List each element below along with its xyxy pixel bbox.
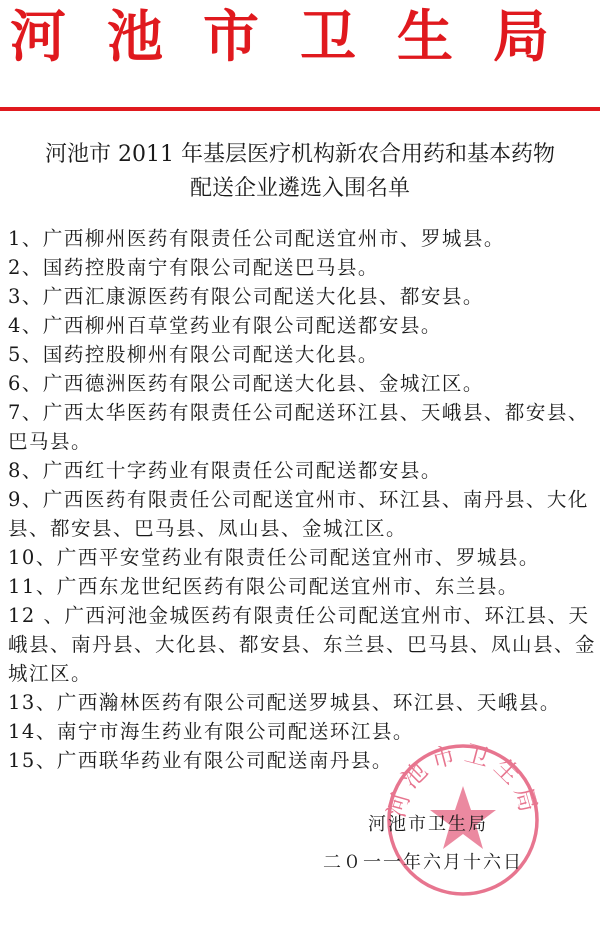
- list-item: 10、广西平安堂药业有限责任公司配送宜州市、罗城县。: [8, 543, 598, 572]
- list-item-text: 8、广西红十字药业有限责任公司配送都安县。: [8, 456, 598, 485]
- list-item-text: 巴马县。: [8, 427, 598, 456]
- list-item-text: 峨县、南丹县、大化县、都安县、东兰县、巴马县、凤山县、金: [8, 630, 598, 659]
- list-item: 3、广西汇康源医药有限公司配送大化县、都安县。: [8, 282, 598, 311]
- list-item-text: 5、国药控股柳州有限公司配送大化县。: [8, 340, 598, 369]
- list-item: 9、广西医药有限责任公司配送宜州市、环江县、南丹县、大化 县、都安县、巴马县、凤…: [8, 485, 598, 543]
- list-item-text: 2、国药控股南宁有限公司配送巴马县。: [8, 253, 598, 282]
- list-item: 1、广西柳州医药有限责任公司配送宜州市、罗城县。: [8, 224, 598, 253]
- letterhead-char: 生: [397, 4, 453, 70]
- signature-date: 二０一一年六月十六日: [323, 851, 523, 875]
- list-item-text: 7、广西太华医药有限责任公司配送环江县、天峨县、都安县、: [8, 398, 598, 427]
- letterhead-char: 河: [10, 4, 66, 70]
- list-item-text: 1、广西柳州医药有限责任公司配送宜州市、罗城县。: [8, 224, 598, 253]
- list-item: 5、国药控股柳州有限公司配送大化县。: [8, 340, 598, 369]
- list-item: 8、广西红十字药业有限责任公司配送都安县。: [8, 456, 598, 485]
- letterhead-divider: [0, 107, 600, 111]
- list-item-text: 9、广西医药有限责任公司配送宜州市、环江县、南丹县、大化: [8, 485, 598, 514]
- list-item-text: 11、广西东龙世纪医药有限公司配送宜州市、东兰县。: [8, 572, 598, 601]
- document-title-line-2: 配送企业遴选入围名单: [0, 174, 600, 204]
- list-item-text: 13、广西瀚林医药有限公司配送罗城县、环江县、天峨县。: [8, 688, 598, 717]
- letterhead: 河 池 市 卫 生 局: [0, 4, 600, 74]
- signature-organization: 河池市卫生局: [368, 813, 488, 837]
- letterhead-char: 局: [493, 4, 549, 70]
- list-item-text: 城江区。: [8, 659, 598, 688]
- list-item-text: 3、广西汇康源医药有限公司配送大化县、都安县。: [8, 282, 598, 311]
- list-item: 7、广西太华医药有限责任公司配送环江县、天峨县、都安县、 巴马县。: [8, 398, 598, 456]
- list-item-text: 12 、广西河池金城医药有限责任公司配送宜州市、环江县、天: [8, 601, 598, 630]
- list-item-text: 4、广西柳州百草堂药业有限公司配送都安县。: [8, 311, 598, 340]
- list-item-text: 10、广西平安堂药业有限责任公司配送宜州市、罗城县。: [8, 543, 598, 572]
- letterhead-char: 市: [203, 4, 259, 70]
- list-item: 11、广西东龙世纪医药有限公司配送宜州市、东兰县。: [8, 572, 598, 601]
- list-item: 12 、广西河池金城医药有限责任公司配送宜州市、环江县、天 峨县、南丹县、大化县…: [8, 601, 598, 688]
- list-item: 4、广西柳州百草堂药业有限公司配送都安县。: [8, 311, 598, 340]
- letterhead-char: 池: [107, 4, 163, 70]
- list-item-text: 6、广西德洲医药有限公司配送大化县、金城江区。: [8, 369, 598, 398]
- list-item: 6、广西德洲医药有限公司配送大化县、金城江区。: [8, 369, 598, 398]
- list-item: 13、广西瀚林医药有限公司配送罗城县、环江县、天峨县。: [8, 688, 598, 717]
- list-item-text: 县、都安县、巴马县、凤山县、金城江区。: [8, 514, 598, 543]
- letterhead-char: 卫: [300, 4, 356, 70]
- distributor-list: 1、广西柳州医药有限责任公司配送宜州市、罗城县。 2、国药控股南宁有限公司配送巴…: [8, 224, 598, 775]
- document-title-line-1: 河池市 2011 年基层医疗机构新农合用药和基本药物: [0, 140, 600, 170]
- list-item: 2、国药控股南宁有限公司配送巴马县。: [8, 253, 598, 282]
